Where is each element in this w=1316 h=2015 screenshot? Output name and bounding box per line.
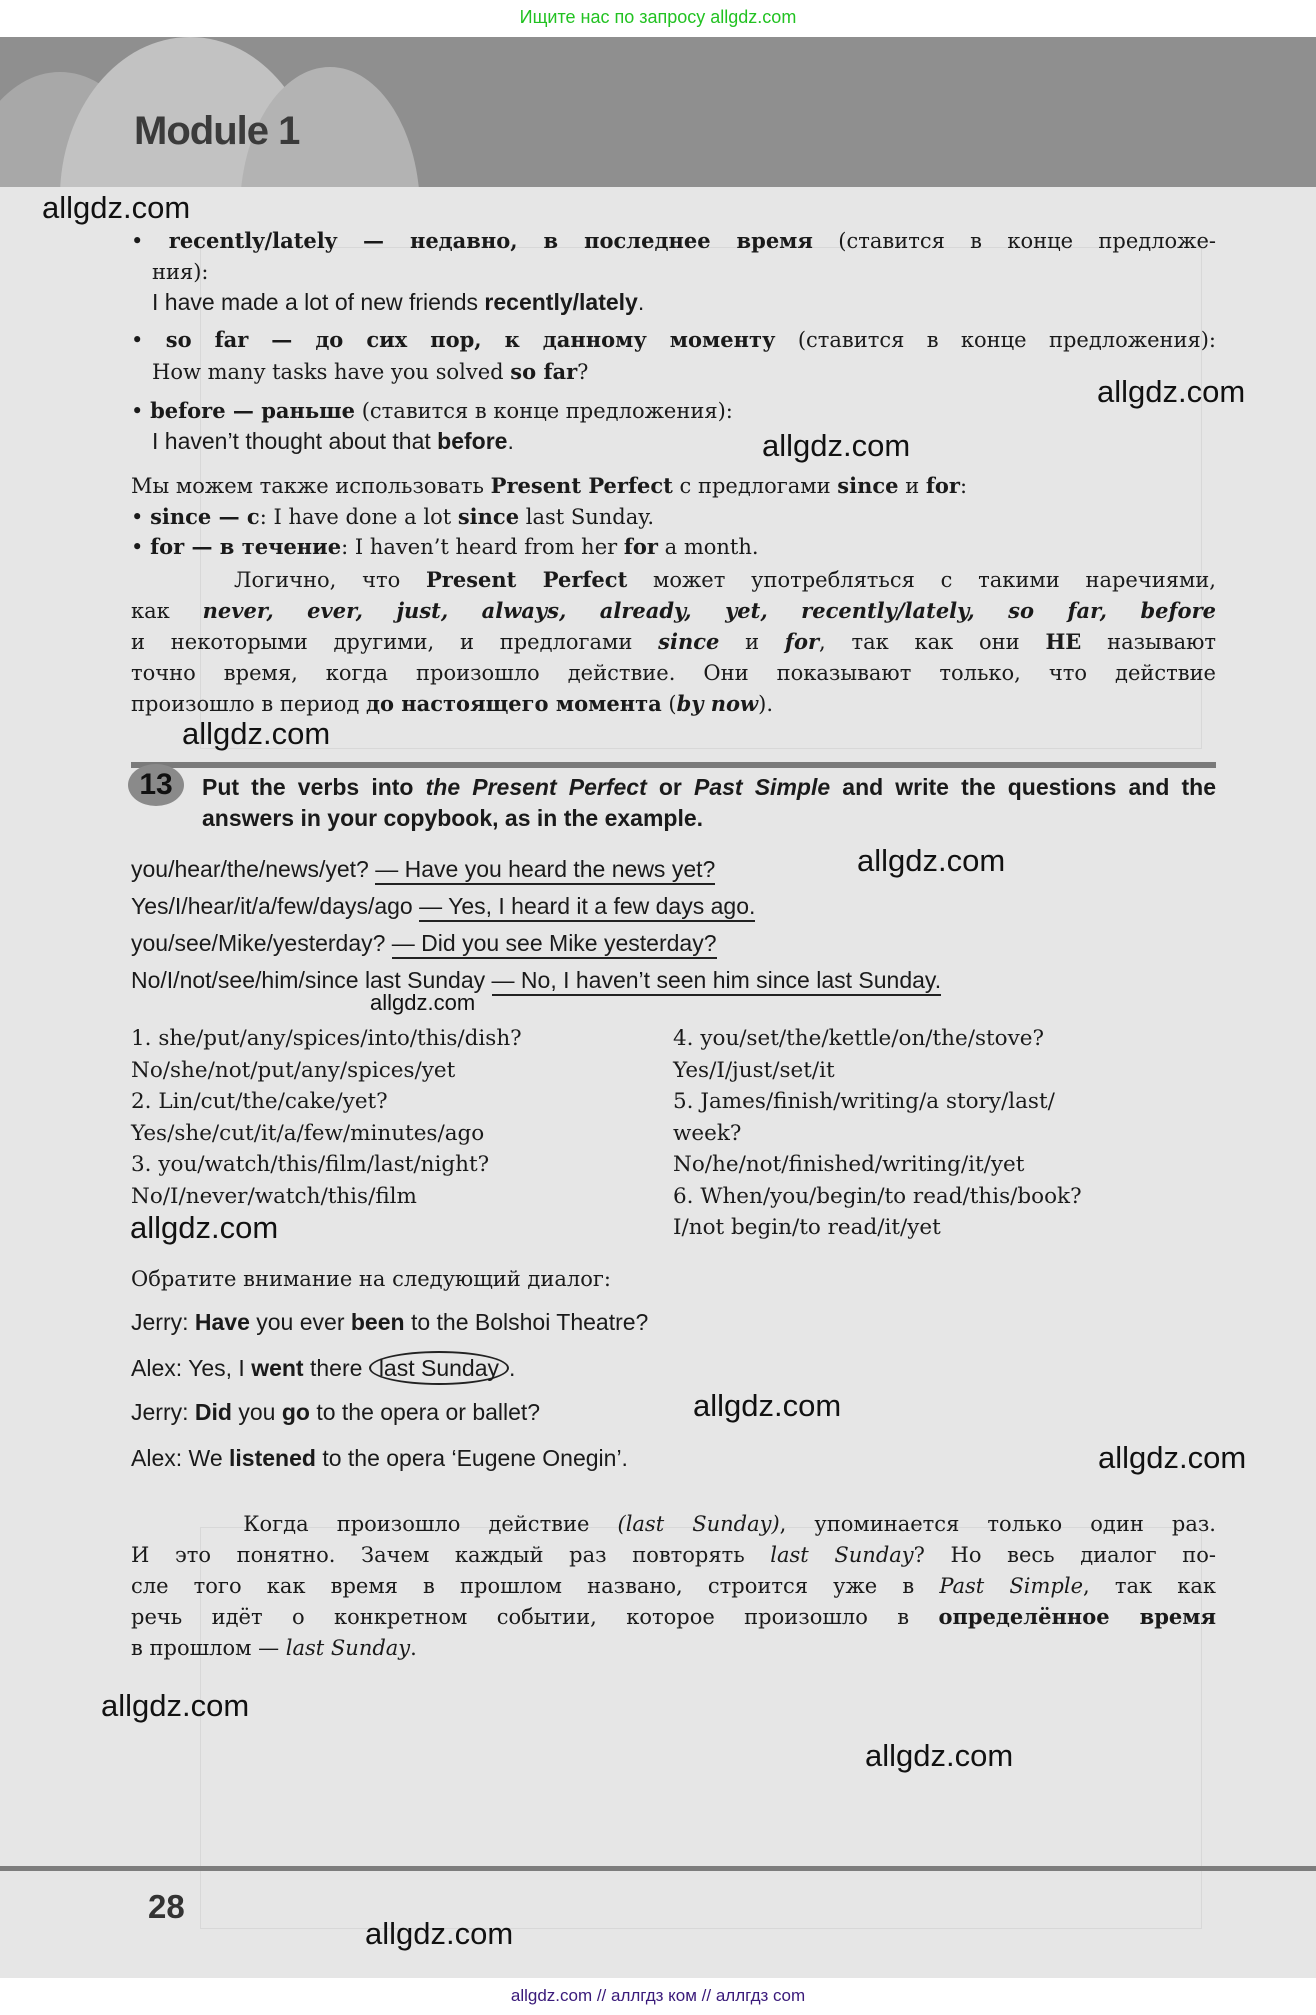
example-line: Yes/I/hear/it/a/few/days/ago — Yes, I he…: [131, 892, 755, 920]
dialog-line: Alex: We listened to the opera ‘Eugene O…: [131, 1444, 628, 1472]
example-line: you/see/Mike/yesterday? — Did you see Mi…: [131, 929, 717, 957]
adverb-note-cont: ния):: [152, 258, 209, 286]
exercise-item: No/she/not/put/any/spices/yet: [131, 1055, 522, 1087]
paragraph2-line1: Когда произошло действие (last Sunday), …: [131, 1510, 1216, 1538]
preposition-since: • since — с: I have done a lot since las…: [131, 503, 654, 531]
watermark: allgdz.com: [1097, 374, 1245, 410]
bottom-banner-text: allgdz.com // аллгдз ком // аллгдз com: [0, 1986, 1316, 2006]
exercise-item: week?: [673, 1118, 1082, 1150]
bottom-banner: allgdz.com // аллгдз ком // аллгдз com: [0, 1978, 1316, 2015]
footer-divider: [0, 1866, 1316, 1871]
paragraph2-line4: речь идёт о конкретном событии, которое …: [131, 1603, 1216, 1631]
exercise-item: 1. she/put/any/spices/into/this/dish?: [131, 1023, 522, 1055]
example-recently: I have made a lot of new friends recentl…: [152, 288, 644, 316]
watermark: allgdz.com: [865, 1738, 1013, 1774]
watermark: allgdz.com: [365, 1916, 513, 1952]
exercise-item: 4. you/set/the/kettle/on/the/stove?: [673, 1023, 1082, 1055]
exercise-items-right: 4. you/set/the/kettle/on/the/stove? Yes/…: [673, 1023, 1082, 1244]
dialog-line: Jerry: Did you go to the opera or ballet…: [131, 1398, 540, 1426]
exercise-item: Yes/she/cut/it/a/few/minutes/ago: [131, 1118, 522, 1150]
exercise-number-badge: 13: [128, 764, 184, 806]
search-hint: Ищите нас по запросу allgdz.com: [0, 7, 1316, 28]
dialog-intro: Обратите внимание на следующий диалог:: [131, 1265, 611, 1293]
watermark: allgdz.com: [101, 1688, 249, 1724]
exercise-item: No/he/not/finished/writing/it/yet: [673, 1149, 1082, 1181]
top-banner: Ищите нас по запросу allgdz.com: [0, 0, 1316, 37]
dialog-line: Jerry: Have you ever been to the Bolshoi…: [131, 1308, 648, 1336]
watermark: allgdz.com: [130, 1210, 278, 1246]
circled-time-marker: last Sunday: [369, 1351, 509, 1385]
paragraph2-line3: сле того как время в прошлом названо, ст…: [131, 1572, 1216, 1600]
exercise-item: 3. you/watch/this/film/last/night?: [131, 1149, 522, 1181]
preposition-for: • for — в течение: I haven’t heard from …: [131, 533, 759, 561]
adverb-recently: • recently/lately — недавно, в последнее…: [131, 227, 1216, 255]
exercise-instructions: Put the verbs into the Present Perfect o…: [202, 772, 1216, 834]
paragraph2-line5: в прошлом — last Sunday.: [131, 1634, 417, 1662]
watermark: allgdz.com: [693, 1388, 841, 1424]
module-title: Module 1: [134, 109, 299, 154]
paragraph1-line1: Логично, что Present Perfect может употр…: [131, 566, 1216, 594]
watermark: allgdz.com: [857, 843, 1005, 879]
example-line: you/hear/the/news/yet? — Have you heard …: [131, 855, 715, 883]
section-divider: [131, 762, 1216, 768]
paragraph1-line4: точно время, когда произошло действие. О…: [131, 659, 1216, 687]
exercise-item: No/I/never/watch/this/film: [131, 1181, 522, 1213]
prepositions-intro: Мы можем также использовать Present Perf…: [131, 472, 967, 500]
exercise-item: 2. Lin/cut/the/cake/yet?: [131, 1086, 522, 1118]
watermark: allgdz.com: [370, 990, 475, 1016]
dialog-line: Alex: Yes, I went there last Sunday.: [131, 1354, 515, 1382]
example-line: No/I/not/see/him/since last Sunday — No,…: [131, 966, 941, 994]
exercise-items-left: 1. she/put/any/spices/into/this/dish? No…: [131, 1023, 522, 1212]
exercise-item: Yes/I/just/set/it: [673, 1055, 1082, 1087]
watermark: allgdz.com: [762, 428, 910, 464]
exercise-item: I/not begin/to read/it/yet: [673, 1212, 1082, 1244]
adverb-so-far: • so far — до сих пор, к данному моменту…: [131, 326, 1216, 354]
watermark: allgdz.com: [1098, 1440, 1246, 1476]
watermark: allgdz.com: [182, 716, 330, 752]
paragraph1-line3: и некоторыми другими, и предлогами since…: [131, 628, 1216, 656]
example-before: I haven’t thought about that before.: [152, 427, 514, 455]
exercise-item: 5. James/finish/writing/a story/last/: [673, 1086, 1082, 1118]
exercise-item: 6. When/you/begin/to read/this/book?: [673, 1181, 1082, 1213]
adverb-before: • before — раньше (ставится в конце пред…: [131, 397, 733, 425]
module-header: Module 1: [0, 37, 1316, 187]
paragraph2-line2: И это понятно. Зачем каждый раз повторят…: [131, 1541, 1216, 1569]
paragraph1-line2: как never, ever, just, always, already, …: [131, 597, 1216, 625]
page-number: 28: [148, 1888, 185, 1926]
example-so-far: How many tasks have you solved so far?: [152, 358, 588, 386]
watermark: allgdz.com: [42, 190, 190, 226]
paragraph1-line5: произошло в период до настоящего момента…: [131, 690, 773, 718]
